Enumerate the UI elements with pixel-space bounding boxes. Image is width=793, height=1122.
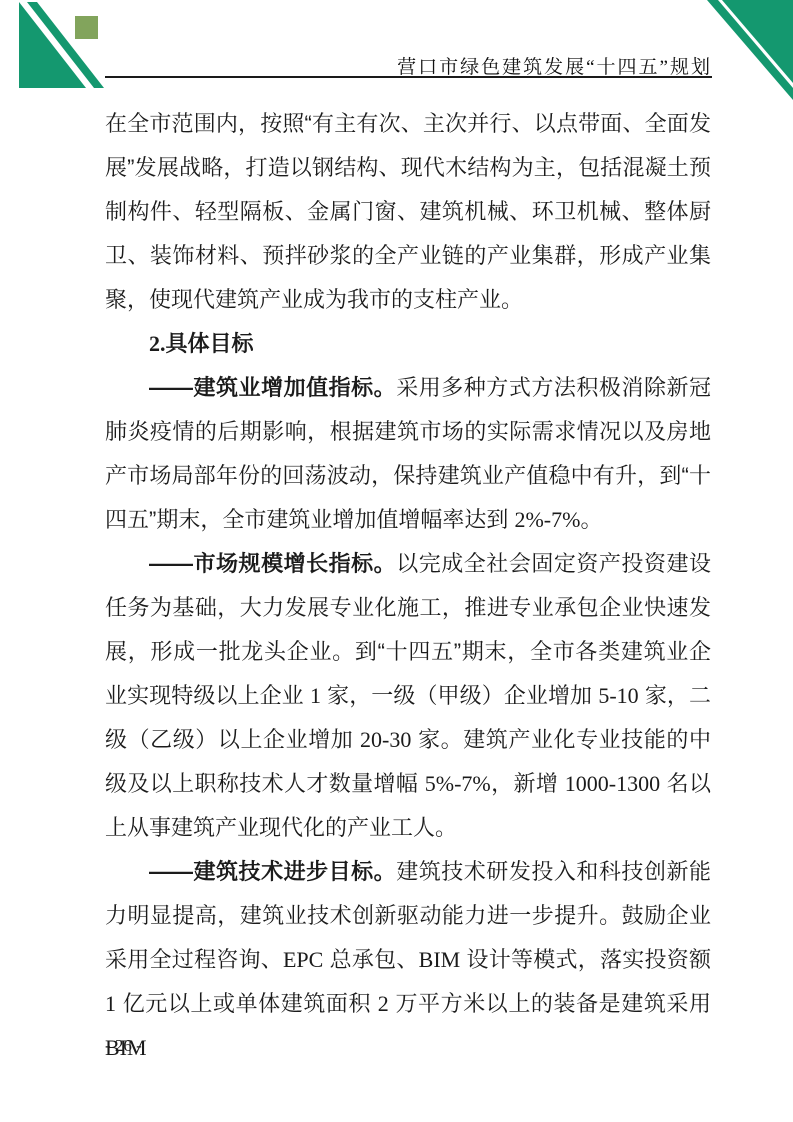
text-run: 1	[310, 683, 321, 708]
corner-stripe-top-right	[707, 0, 793, 100]
text-run: 设计等模式，落实投资额	[460, 947, 711, 972]
accent-square	[75, 16, 98, 39]
text-run: EPC	[283, 947, 323, 972]
text-run: 1	[105, 991, 116, 1016]
document-body: 在全市范围内，按照“有主有次、主次并行、以点带面、全面发展”发展战略，打造以钢结…	[105, 102, 711, 1070]
text-run: 亿元以上或单体建筑面积	[116, 991, 378, 1016]
text-run: 万平方米以上的装备是建筑采用	[389, 991, 711, 1016]
corner-stripe-top-left	[27, 2, 104, 88]
text-run: BIM	[419, 947, 461, 972]
text-run: ，新增	[491, 771, 565, 796]
text-run: 5%-7%	[425, 771, 491, 796]
header-title: 营口市绿色建筑发展“十四五”规划	[397, 52, 712, 79]
corner-triangle-top-right	[722, 0, 793, 83]
page-number: - 26 -	[105, 1036, 142, 1056]
text-run: ——建筑技术进步目标。	[149, 859, 396, 884]
text-run: 。	[580, 507, 602, 532]
text-run: 总承包、	[323, 947, 418, 972]
paragraph: ——市场规模增长指标。以完成全社会固定资产投资建设任务为基础，大力发展专业化施工…	[105, 542, 711, 850]
text-run: 1000-1300	[565, 771, 660, 796]
paragraph: ——建筑技术进步目标。建筑技术研发投入和科技创新能力明显提高，建筑业技术创新驱动…	[105, 850, 711, 1070]
document-page: 营口市绿色建筑发展“十四五”规划 在全市范围内，按照“有主有次、主次并行、以点带…	[0, 0, 793, 1122]
text-run: 20-30	[360, 727, 411, 752]
corner-triangle-top-left	[19, 2, 86, 88]
text-run: ——建筑业增加值指标。	[149, 375, 396, 400]
text-run: 具体目标	[166, 331, 254, 356]
section-heading: 2.具体目标	[105, 322, 711, 366]
text-run: 在全市范围内，按照“有主有次、主次并行、以点带面、全面发展”发展战略，打造以钢结…	[105, 111, 711, 312]
text-run: 5-10	[598, 683, 638, 708]
text-run: 2.	[149, 331, 166, 356]
text-run: ——市场规模增长指标。	[149, 551, 396, 576]
text-run: 家，一级（甲级）企业增加	[321, 683, 598, 708]
text-run: 2	[378, 991, 389, 1016]
header-rule	[105, 76, 712, 78]
paragraph: ——建筑业增加值指标。采用多种方式方法积极消除新冠肺炎疫情的后期影响，根据建筑市…	[105, 366, 711, 542]
paragraph: 在全市范围内，按照“有主有次、主次并行、以点带面、全面发展”发展战略，打造以钢结…	[105, 102, 711, 322]
text-run: 2%-7%	[514, 507, 580, 532]
